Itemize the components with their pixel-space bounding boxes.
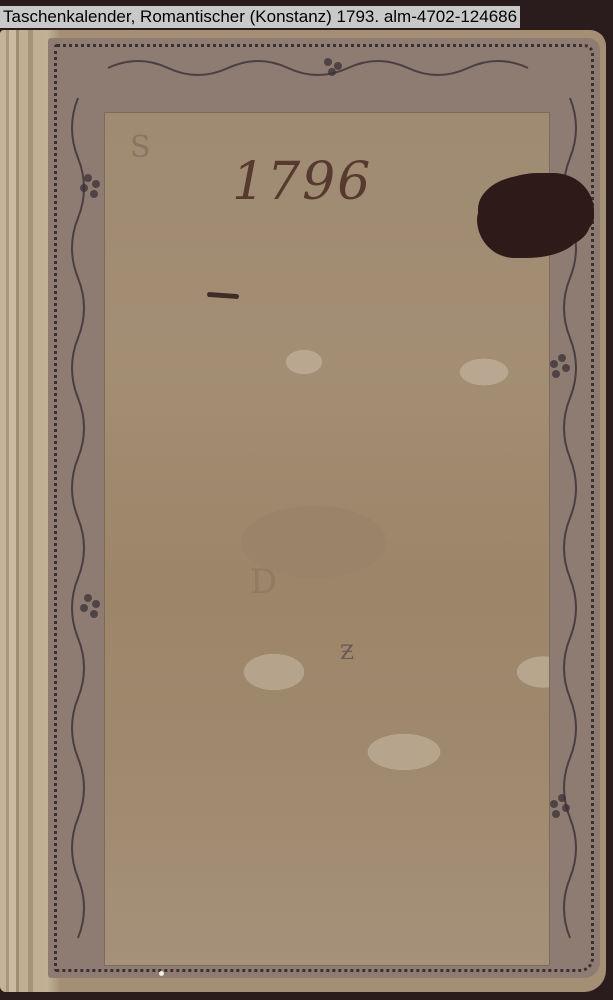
book-spine <box>0 30 48 992</box>
ink-scribble: Ƶ <box>340 640 354 664</box>
white-dot <box>159 971 164 976</box>
ink-stain <box>478 175 590 253</box>
corner-mark: S <box>130 130 151 165</box>
faint-mark: D <box>250 562 277 602</box>
paper-label-panel <box>104 112 550 966</box>
handwritten-year: 1796 <box>232 152 372 212</box>
image-caption: Taschenkalender, Romantischer (Konstanz)… <box>0 6 520 28</box>
